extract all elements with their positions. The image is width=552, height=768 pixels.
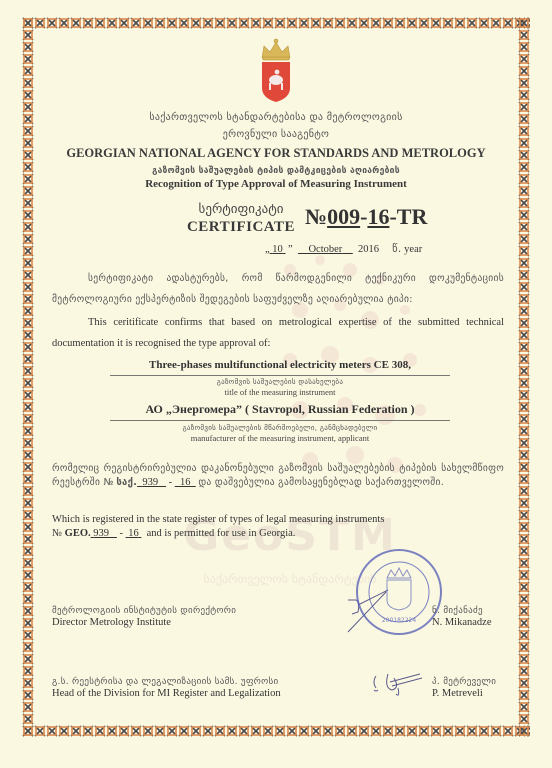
signatory-1-title-georgian: მეტროლოგიის ინსტიტუტის დირექტორი bbox=[52, 605, 236, 617]
signatory-1-name: ნ. მიქანაძე N. Mikanadze bbox=[432, 605, 491, 629]
date-day-value: 10 bbox=[272, 244, 283, 255]
date-month-value: October bbox=[308, 244, 342, 255]
signatory-1-title: მეტროლოგიის ინსტიტუტის დირექტორი Directo… bbox=[52, 605, 236, 629]
border-top bbox=[22, 17, 530, 29]
signatory-2-name-georgian: პ. მეტრეველი bbox=[432, 676, 496, 688]
agency-georgian-line2: ეროვნული სააგენტო bbox=[34, 129, 518, 140]
register-code: GEO. bbox=[65, 528, 91, 539]
signatory-1-name-english: N. Mikanadze bbox=[432, 617, 491, 629]
signatory-2-name: პ. მეტრეველი P. Metreveli bbox=[432, 676, 496, 700]
signatory-2-title-english: Head of the Division for MI Register and… bbox=[52, 688, 281, 700]
number-prefix: № bbox=[305, 204, 327, 229]
register-georgian: რომელიც რეგისტრირებულია დაკანონებული გაზ… bbox=[52, 462, 504, 490]
register-number1-en: 939 bbox=[93, 528, 109, 539]
signatory-1-name-georgian: ნ. მიქანაძე bbox=[432, 605, 491, 617]
signatory-2-title-georgian: გ.ს. რეესტრისა და ლეგალიზაციის სამს. უფრ… bbox=[52, 676, 281, 688]
subtitle-georgian: გაზომვის საშუალების ტიპის დამტკიცების აღ… bbox=[34, 166, 518, 176]
certificate-heading-georgian: სერტიფიკატი bbox=[186, 202, 296, 217]
register-sep: - bbox=[169, 477, 173, 488]
certificate-page: GeoSTM საქართველოს სტანდარტების საქართვე… bbox=[0, 0, 552, 768]
register-sep-en: - bbox=[120, 528, 124, 539]
signatory-1-title-english: Director Metrology Institute bbox=[52, 617, 236, 629]
register-code-georgian: საქ. bbox=[116, 477, 137, 488]
register-english-tail: and is permitted for use in Georgia. bbox=[147, 528, 296, 539]
number-part1: 009 bbox=[327, 204, 360, 229]
register-no-symbol: № bbox=[52, 528, 62, 539]
instrument-caption-georgian: გაზომვის საშუალების დასახელება bbox=[110, 377, 450, 387]
border-bottom bbox=[22, 725, 530, 737]
coat-of-arms-icon bbox=[256, 36, 296, 106]
intro-georgian: სერტიფიკატი ადასტურებს, რომ წარმოდგენილი… bbox=[52, 268, 504, 310]
register-number2-en: 16 bbox=[128, 528, 139, 539]
date-year-suffix: year bbox=[404, 244, 422, 255]
register-number2-georgian: 16 bbox=[175, 477, 196, 488]
svg-text:200182224: 200182224 bbox=[382, 617, 417, 624]
date-close-quote: ” bbox=[288, 244, 293, 255]
instrument-caption-english: title of the measuring instrument bbox=[110, 387, 450, 397]
issue-date: „ 10 ” October 2016 წ. year bbox=[265, 243, 422, 255]
intro-english: This ceritificate confirms that based on… bbox=[52, 312, 504, 354]
certificate-heading: CERTIFICATE bbox=[186, 219, 296, 236]
register-number2: 16 bbox=[126, 528, 142, 539]
register-english: Which is registered in the state registe… bbox=[52, 513, 504, 541]
number-suffix: -TR bbox=[389, 204, 427, 229]
register-english-text: Which is registered in the state registe… bbox=[52, 514, 384, 525]
date-year-suffix-georgian: წ. bbox=[392, 243, 401, 255]
certificate-number: №009-16-TR bbox=[305, 204, 427, 230]
agency-georgian-line1: საქართველოს სტანდარტებისა და მეტროლოგიის bbox=[34, 112, 518, 123]
date-year: 2016 bbox=[358, 244, 379, 255]
instrument-underline bbox=[110, 375, 450, 376]
manufacturer-caption-english: manufacturer of the measuring instrument… bbox=[110, 433, 450, 443]
register-number1-value: 939 bbox=[142, 477, 158, 488]
manufacturer: АО „Энергомера” ( Stavropol, Russian Fed… bbox=[110, 402, 450, 417]
official-stamp-icon: 200182224 bbox=[355, 548, 443, 636]
subtitle-english: Recognition of Type Approval of Measurin… bbox=[34, 178, 518, 190]
register-number2-value: 16 bbox=[180, 477, 191, 488]
border-left bbox=[22, 17, 34, 737]
instrument-title: Three-phases multifunctional electricity… bbox=[110, 359, 450, 371]
signatory-2-title: გ.ს. რეესტრისა და ლეგალიზაციის სამს. უფრ… bbox=[52, 676, 281, 700]
intro-georgian-text: სერტიფიკატი ადასტურებს, რომ წარმოდგენილი… bbox=[52, 273, 504, 305]
instrument-caption: გაზომვის საშუალების დასახელება title of … bbox=[110, 377, 450, 397]
date-day: 10 bbox=[270, 244, 286, 255]
signatory-2-name-english: P. Metreveli bbox=[432, 688, 496, 700]
manufacturer-underline bbox=[110, 420, 450, 421]
register-number1: 939 bbox=[91, 528, 117, 539]
manufacturer-caption-georgian: გაზომვის საშუალების მწარმოებელი, განმცხა… bbox=[110, 423, 450, 433]
register-georgian-tail: და დაშვებულია გამოსაყენებლად საქართველოშ… bbox=[198, 477, 444, 488]
date-month: October bbox=[298, 244, 353, 255]
number-part2: 16 bbox=[367, 204, 389, 229]
signature-2-icon bbox=[370, 668, 430, 700]
manufacturer-caption: გაზომვის საშუალების მწარმოებელი, განმცხა… bbox=[110, 423, 450, 443]
border-right bbox=[518, 17, 530, 737]
register-number1-georgian: 939 bbox=[137, 477, 166, 488]
agency-name: GEORGIAN NATIONAL AGENCY FOR STANDARDS A… bbox=[34, 146, 518, 161]
